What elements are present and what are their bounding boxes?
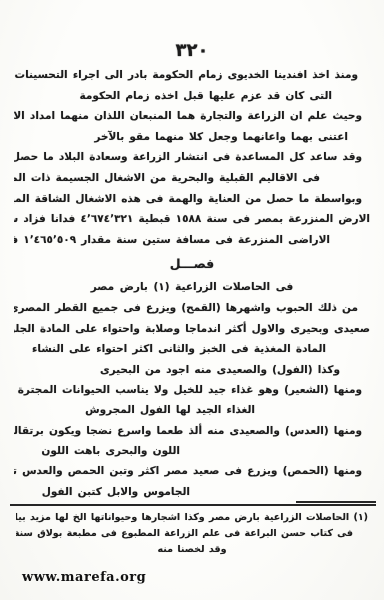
body-line: من ذلك الحبوب واشهرها (القمح) ويزرع فى ج… (14, 298, 358, 318)
body-line: المادة المغذية فى الخبز والثانى اكثر احت… (14, 339, 326, 359)
body-text: ومنذ اخذ افندينا الخديوى زمام الحكومة با… (14, 65, 370, 502)
book-page: ٣٢٠ ومنذ اخذ افندينا الخديوى زمام الحكوم… (0, 0, 384, 600)
footnote-divider (10, 504, 376, 506)
body-line: وكذا (الفول) والصعيدى منه اجود من البحير… (14, 360, 340, 380)
section-subheading: فى الحاصلات الزراعية (١) بارض مصر (14, 276, 370, 298)
body-line: فى الاقاليم القبلية والبحرية من الاشغال … (14, 168, 320, 189)
body-line: وحيث علم ان الزراعة والتجارة هما المنبعا… (14, 106, 362, 127)
body-line: الارض المنزرعة بمصر فى سنة ١٥٨٨ قبطية ٤٬… (14, 209, 370, 230)
body-line: اعتنى بهما واعانهما وجعل كلا منهما مقو ب… (14, 127, 348, 148)
body-line: صعيدى وبحيرى والاول أكثر اندماجا وصلابة … (14, 319, 370, 339)
body-line: ومنها (الشعير) وهو غذاء جيد للخيل ولا ين… (14, 380, 362, 400)
footnote-line: (١) الحاصلات الزراعية بارض مصر وكذا اشجا… (16, 510, 368, 526)
body-line: ومنها (العدس) والصعيدى منه ألذ طعما واسر… (14, 421, 362, 441)
watermark-url: www.marefa.org (22, 570, 146, 585)
body-line: وقد ساعد كل المساعدة فى انتشار الزراعة و… (14, 147, 362, 168)
body-line: اللون والبحرى باهت اللون (14, 441, 180, 461)
body-line: التى كان قد عزم عليها قبل اخذه زمام الحك… (14, 86, 332, 107)
body-line: ومنها (الحمص) ويزرع فى صعيد مصر اكثر وتب… (14, 461, 362, 481)
footnote-line: وقد لخصنا منه (16, 542, 368, 558)
section-heading: فصـــل (14, 252, 370, 276)
body-line: ومنذ اخذ افندينا الخديوى زمام الحكومة با… (14, 65, 358, 86)
body-line: الجاموس والابل كتبن الفول (14, 482, 190, 502)
body-line: الاراضى المنزرعة فى مسافة ستين سنة مقدار… (14, 230, 330, 251)
divider-tick (296, 501, 376, 503)
body-line: وبواسطة ما حصل من العناية والهمة فى هذه … (14, 189, 362, 210)
page-number: ٣٢٠ (0, 0, 384, 61)
body-line: الغذاء الجيد لها الفول المجروش (14, 400, 255, 420)
footnote: (١) الحاصلات الزراعية بارض مصر وكذا اشجا… (16, 510, 368, 558)
footnote-line: فى كتاب حسن البراعة فى علم الزراعة المطب… (16, 526, 353, 542)
